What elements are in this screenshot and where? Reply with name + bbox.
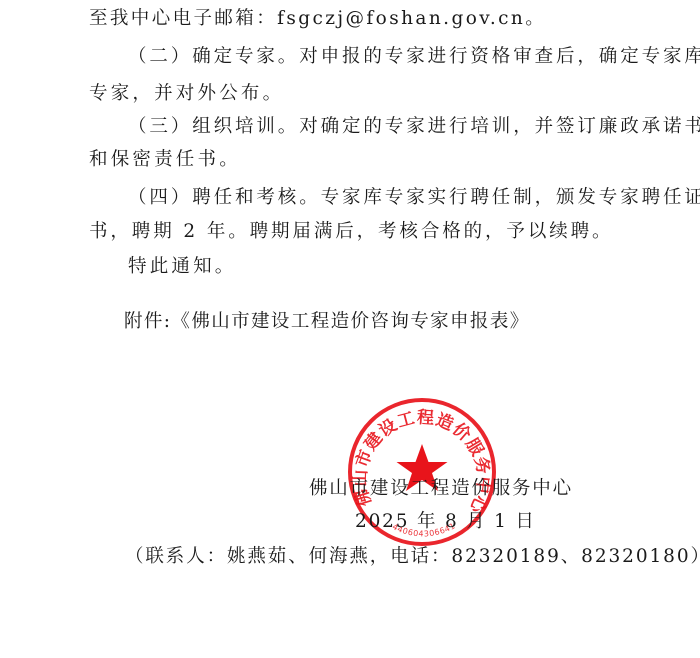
signature-date: 2025 年 8 月 1 日 [355,510,536,534]
contact-info: （联系人：姚燕茹、何海燕，电话：82320189、82320180） [125,545,700,569]
closing-notice: 特此通知。 [128,255,237,279]
document-page: 至我中心电子邮箱：fsgczj@foshan.gov.cn。 （二）确定专家。对… [0,0,700,658]
paragraph-item-3: （三）组织培训。对确定的专家进行培训，并签订廉政承诺书 [128,115,700,139]
paragraph-item-2-cont: 专家，并对外公布。 [89,82,284,106]
attachment-reference: 附件:《佛山市建设工程造价咨询专家申报表》 [124,310,530,334]
signature-organization: 佛山市建设工程造价服务中心 [309,477,573,501]
paragraph-item-4: （四）聘任和考核。专家库专家实行聘任制，颁发专家聘任证 [128,186,700,210]
paragraph-email-line: 至我中心电子邮箱：fsgczj@foshan.gov.cn。 [89,7,546,31]
paragraph-item-4-cont: 书，聘期 2 年。聘期届满后，考核合格的，予以续聘。 [89,220,613,244]
paragraph-item-3-cont: 和保密责任书。 [89,148,241,172]
paragraph-item-2: （二）确定专家。对申报的专家进行资格审查后，确定专家库 [128,45,700,69]
